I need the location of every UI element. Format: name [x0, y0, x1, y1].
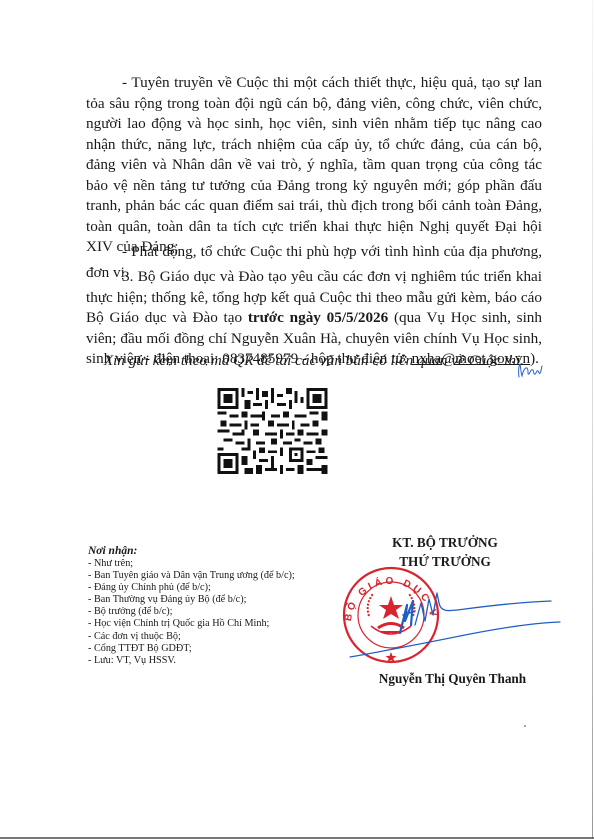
- signature-title-line1: KT. BỘ TRƯỞNG: [360, 534, 530, 553]
- recipient-item: - Lưu: VT, Vụ HSSV.: [88, 655, 348, 667]
- page-right-edge: [592, 0, 593, 839]
- recipient-item: - Đảng ủy Chính phủ (để b/c);: [88, 582, 348, 594]
- recipients-heading: Nơi nhận:: [88, 545, 348, 558]
- bullet-propagate-text: - Tuyên truyền về Cuộc thi một cách thiế…: [86, 73, 542, 258]
- handwritten-initials: [516, 361, 544, 379]
- recipient-item: - Bộ trưởng (để b/c);: [88, 606, 348, 618]
- recipient-item: - Ban Thường vụ Đảng ủy Bộ (để b/c);: [88, 594, 348, 606]
- recipient-item: - Như trên;: [88, 558, 348, 570]
- recipient-item: - Học viện Chính trị Quốc gia Hồ Chí Min…: [88, 618, 348, 630]
- recipients-block: Nơi nhận: - Như trên; - Ban Tuyên giáo v…: [88, 545, 348, 667]
- signer-name: Nguyễn Thị Quyên Thanh: [360, 671, 545, 687]
- recipient-item: - Các đơn vị thuộc Bộ;: [88, 631, 348, 643]
- scan-speck: [524, 725, 526, 727]
- deadline: trước ngày 05/5/2026: [248, 309, 388, 326]
- paragraph-propagate: - Tuyên truyền về Cuộc thi một cách thiế…: [86, 73, 542, 258]
- recipient-item: - Cổng TTĐT Bộ GDĐT;: [88, 643, 348, 655]
- handwritten-signature: [345, 585, 580, 660]
- qr-note: Xin gửi kèm theo mã QR để tải các văn bả…: [86, 351, 542, 371]
- recipient-item: - Ban Tuyên giáo và Dân vận Trung ương (…: [88, 570, 348, 582]
- qr-code[interactable]: [217, 388, 328, 474]
